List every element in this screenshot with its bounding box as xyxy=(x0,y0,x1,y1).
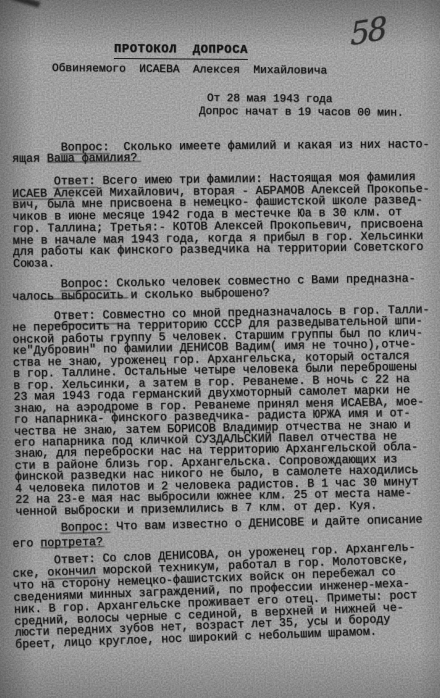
accused-name-text: Обвиняемого ИСАЕВА Алексея Михайловича xyxy=(52,64,327,78)
question-block-2: Вопрос: Сколько человек совместно с Вами… xyxy=(12,274,416,303)
answer-2-text: Ответ: Совместно со мной предназначалось… xyxy=(12,305,433,518)
interrogation-start-text: Допрос начат в 19 часов 00 мин. xyxy=(199,107,404,120)
document-title-text: ПРОТОКОЛ ДОПРОСА xyxy=(114,44,248,60)
answer-3-text: Ответ: Со слов ДЕНИСОВА, он уроженец гор… xyxy=(12,542,419,652)
answer-block-1: Ответ: Всего имею три фамилии: Настоящая… xyxy=(12,172,431,271)
answer-block-3: Ответ: Со слов ДЕНИСОВА, он уроженец гор… xyxy=(12,542,419,652)
scanned-document-page: 58 ПРОТОКОЛ ДОПРОСА Обвиняемого ИСАЕВА А… xyxy=(0,0,440,698)
accused-name-line: Обвиняемого ИСАЕВА Алексея Михайловича xyxy=(52,64,327,78)
question-block-1: Вопрос: Сколько имеете фамилий и какая и… xyxy=(12,139,430,165)
handwritten-page-number: 58 xyxy=(350,11,386,53)
scan-edge-smudge xyxy=(12,0,41,8)
protocol-date-text: От 28 мая 1943 года xyxy=(207,94,333,107)
interrogation-start-line: Допрос начат в 19 часов 00 мин. xyxy=(199,107,404,120)
answer-block-2: Ответ: Совместно со мной предназначалось… xyxy=(12,305,433,518)
protocol-date-line: От 28 мая 1943 года xyxy=(207,94,333,107)
document-title: ПРОТОКОЛ ДОПРОСА xyxy=(114,44,248,60)
